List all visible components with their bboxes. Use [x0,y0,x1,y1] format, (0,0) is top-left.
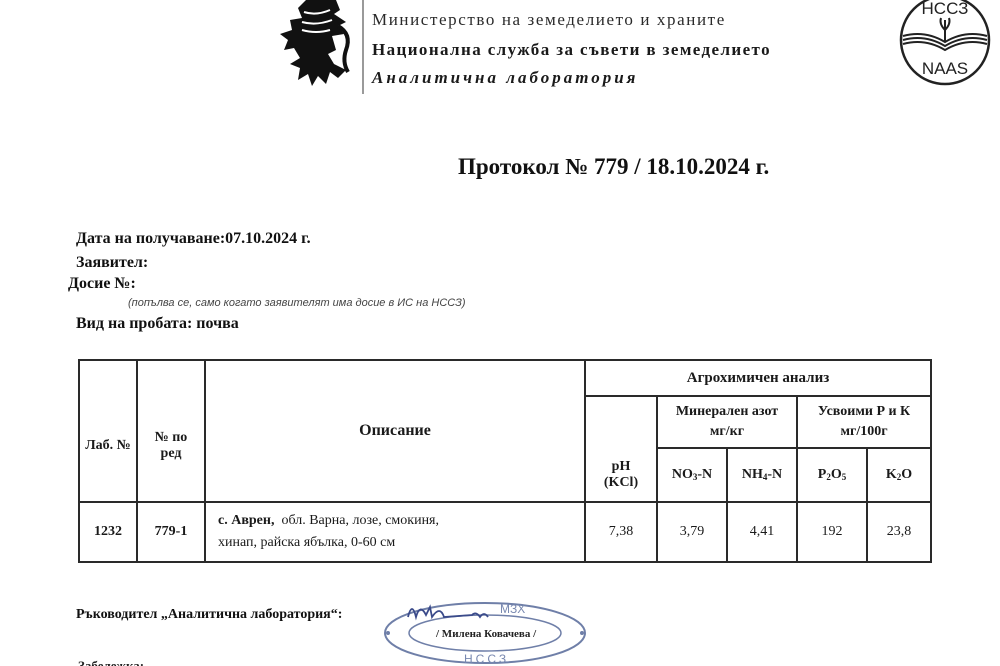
svg-text:НССЗ: НССЗ [464,652,509,666]
header-nh4-n: NH4-N [727,448,797,502]
dossier-note: (попълва се, само когато заявителят има … [128,297,466,309]
cell-lab-no: 1232 [79,502,137,562]
applicant-label: Заявител: [76,254,148,271]
cell-seq-no: 779-1 [137,502,205,562]
received-date: Дата на получаване:07.10.2024 г. [76,230,311,248]
header-lab-no: Лаб. № [79,360,137,502]
lab-head-label: Ръководител „Аналитична лаборатория“: [76,607,342,623]
applicant: Заявител: [76,254,352,272]
header-no3-n: NO3-N [657,448,727,502]
header-description: Описание [205,360,585,502]
cell-nh4-n: 4,41 [727,502,797,562]
received-date-value: 07.10.2024 г. [225,230,310,247]
header-k2o: K2O [867,448,931,502]
cell-ph: 7,38 [585,502,657,562]
sample-type-label: Вид на пробата: [76,315,192,332]
results-table: Лаб. № № по ред Описание Агрохимичен ана… [78,359,932,563]
cell-description: с. Аврен, обл. Варна, лозе, смокиня, хин… [205,502,585,562]
svg-text:НССЗ: НССЗ [922,0,969,18]
header-divider [362,0,364,94]
table-row: 1232 779-1 с. Аврен, обл. Варна, лозе, с… [79,502,931,562]
sample-type: Вид на пробата: почва [76,315,239,333]
signer-name: / Милена Ковачева / [436,628,536,640]
header-mineral-nitrogen: Минерален азот мг/кг [657,396,797,448]
cell-no3-n: 3,79 [657,502,727,562]
protocol-title: Протокол № 779 / 18.10.2024 г. [458,154,769,180]
header-agro-analysis: Агрохимичен анализ [585,360,931,396]
cell-p2o5: 192 [797,502,867,562]
coat-of-arms-lion-icon [276,0,356,88]
dossier: Досие №: [68,275,136,293]
svg-text:МЗХ: МЗХ [500,602,525,616]
ministry-name: Министерство на земеделието и храните [372,10,726,30]
header-seq-no: № по ред [137,360,205,502]
header-available-pk: Усвоими Р и К мг/100г [797,396,931,448]
laboratory-name: Аналитична лаборатория [372,68,638,88]
dossier-label: Досие №: [68,275,136,292]
note-label: Забележка: [78,658,144,666]
svg-text:NAAS: NAAS [922,59,968,78]
sample-type-value: почва [196,315,238,332]
naas-logo-icon: НССЗ NAAS [895,0,995,90]
service-name: Национална служба за съвети в земеделиет… [372,40,771,60]
received-date-label: Дата на получаване: [76,230,225,247]
header-p2o5: P2O5 [797,448,867,502]
cell-k2o: 23,8 [867,502,931,562]
header-ph: pH (KCl) [585,396,657,502]
